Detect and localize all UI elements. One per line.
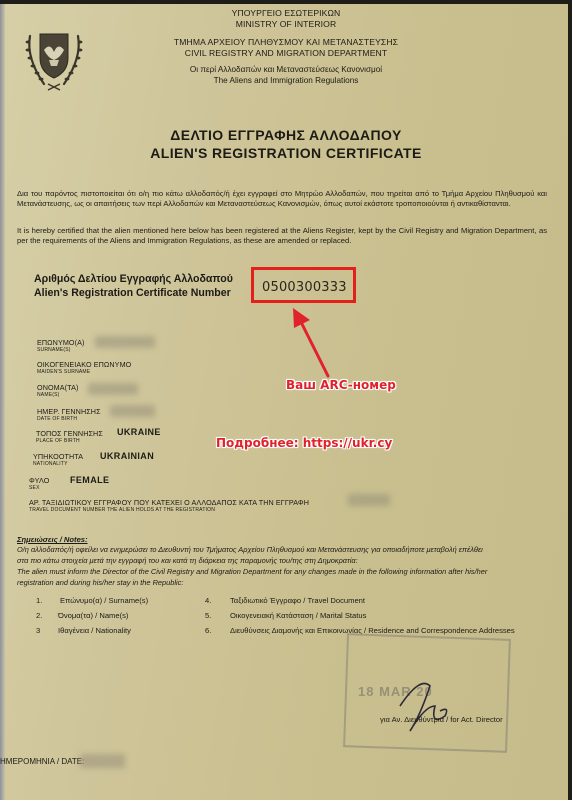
ministry-en: MINISTRY OF INTERIOR xyxy=(0,19,568,30)
list-item: Όνομα(τα) / Name(s) xyxy=(58,611,128,620)
sex-value: FEMALE xyxy=(70,475,109,485)
date-label: ΗΜΕΡΟΜΗΝΙΑ / DATE: xyxy=(0,757,84,766)
field-name: ΟΝΟΜΑ(ΤΑ) NAME(S) xyxy=(37,383,79,398)
notes-en-line1: The alien must inform the Director of th… xyxy=(17,567,487,578)
signer-title: για Αν. Διευθύντρια / for Act. Director xyxy=(380,715,503,724)
list-number: 4. xyxy=(205,596,211,605)
redacted-date xyxy=(80,754,125,768)
page-edge xyxy=(0,4,5,800)
arrow-icon xyxy=(280,304,340,384)
list-number: 1. xyxy=(36,596,42,605)
redacted-travel-document xyxy=(348,494,390,506)
list-number: 2. xyxy=(36,611,42,620)
place-of-birth-value: UKRAINE xyxy=(117,427,161,437)
field-surname: ΕΠΩΝΥΜΟ(Α) SURNAME(S) xyxy=(37,338,85,353)
list-number: 6. xyxy=(205,626,211,635)
certificate-page: ΥΠΟΥΡΓΕΙΟ ΕΣΩΤΕΡΙΚΩΝ MINISTRY OF INTERIO… xyxy=(0,4,568,800)
arc-hint-annotation: Ваш ARC-номер xyxy=(286,378,396,392)
redacted-surname xyxy=(95,336,155,348)
arc-label-en: Alien's Registration Certificate Number xyxy=(34,286,233,300)
list-item: Ταξιδιωτικό Έγγραφο / Travel Document xyxy=(230,596,365,605)
department-gr: ΤΜΗΜΑ ΑΡΧΕΙΟΥ ΠΛΗΘΥΣΜΟΥ ΚΑΙ ΜΕΤΑΝΑΣΤΕΥΣΗ… xyxy=(0,37,568,48)
list-item: Οικογενειακή Κατάσταση / Marital Status xyxy=(230,611,366,620)
list-item: Επώνυμο(α) / Surname(s) xyxy=(60,596,148,605)
department-en: CIVIL REGISTRY AND MIGRATION DEPARTMENT xyxy=(0,48,568,59)
signature-icon xyxy=(390,676,470,736)
notes-gr-line2: στα πιο κάτω στοιχεία μετά την εγγραφή τ… xyxy=(17,556,358,567)
field-date-of-birth: ΗΜΕΡ. ΓΕΝΝΗΣΗΣ DATE OF BIRTH xyxy=(37,407,101,422)
field-maiden-surname: ΟΙΚΟΓΕΝΕΙΑΚΟ ΕΠΩΝΥΜΟ MAIDEN'S SURNAME xyxy=(37,360,131,375)
intro-gr: Δια του παρόντος πιστοποιείται ότι ο/η π… xyxy=(17,189,547,209)
regulations-en: The Aliens and Immigration Regulations xyxy=(0,75,568,86)
redacted-name xyxy=(88,383,138,395)
list-number: 3 xyxy=(36,626,40,635)
arc-label: Αριθμός Δελτίου Εγγραφής Αλλοδαπού Alien… xyxy=(34,272,233,300)
redacted-date-of-birth xyxy=(110,405,155,417)
intro-en: It is hereby certified that the alien me… xyxy=(17,226,547,246)
title-en: ALIEN'S REGISTRATION CERTIFICATE xyxy=(0,144,568,163)
title-gr: ΔΕΛΤΙΟ ΕΓΓΡΑΦΗΣ ΑΛΛΟΔΑΠΟΥ xyxy=(0,126,568,145)
notes-gr-line1: Ο/η αλλοδαπός/ή οφείλει να ενημερώσει το… xyxy=(17,545,483,556)
more-info-annotation[interactable]: Подробнее: https://ukr.cy xyxy=(216,436,392,450)
arc-number: 0500300333 xyxy=(262,280,347,295)
regulations-gr: Οι περί Αλλοδαπών και Μεταναστεύσεως Καν… xyxy=(0,64,568,75)
arc-label-gr: Αριθμός Δελτίου Εγγραφής Αλλοδαπού xyxy=(34,272,233,286)
field-sex: ΦΥΛΟ SEX xyxy=(29,476,49,491)
notes-en-line2: registration and during his/her stay in … xyxy=(17,578,183,589)
field-nationality: ΥΠΗΚΟΟΤΗΤΑ NATIONALITY xyxy=(33,452,83,467)
list-item: Ιθαγένεια / Nationality xyxy=(58,626,131,635)
field-place-of-birth: ΤΟΠΟΣ ΓΕΝΝΗΣΗΣ PLACE OF BIRTH xyxy=(36,429,103,444)
header: ΥΠΟΥΡΓΕΙΟ ΕΣΩΤΕΡΙΚΩΝ MINISTRY OF INTERIO… xyxy=(0,8,568,86)
notes-title: Σημειώσεις / Notes: xyxy=(17,535,88,544)
nationality-value: UKRAINIAN xyxy=(100,451,154,461)
list-number: 5. xyxy=(205,611,211,620)
field-travel-document: ΑΡ. ΤΑΞΙΔΙΩΤΙΚΟΥ ΕΓΓΡΑΦΟΥ ΠΟΥ ΚΑΤΕΧΕΙ Ο … xyxy=(29,498,309,513)
ministry-gr: ΥΠΟΥΡΓΕΙΟ ΕΣΩΤΕΡΙΚΩΝ xyxy=(0,8,568,19)
